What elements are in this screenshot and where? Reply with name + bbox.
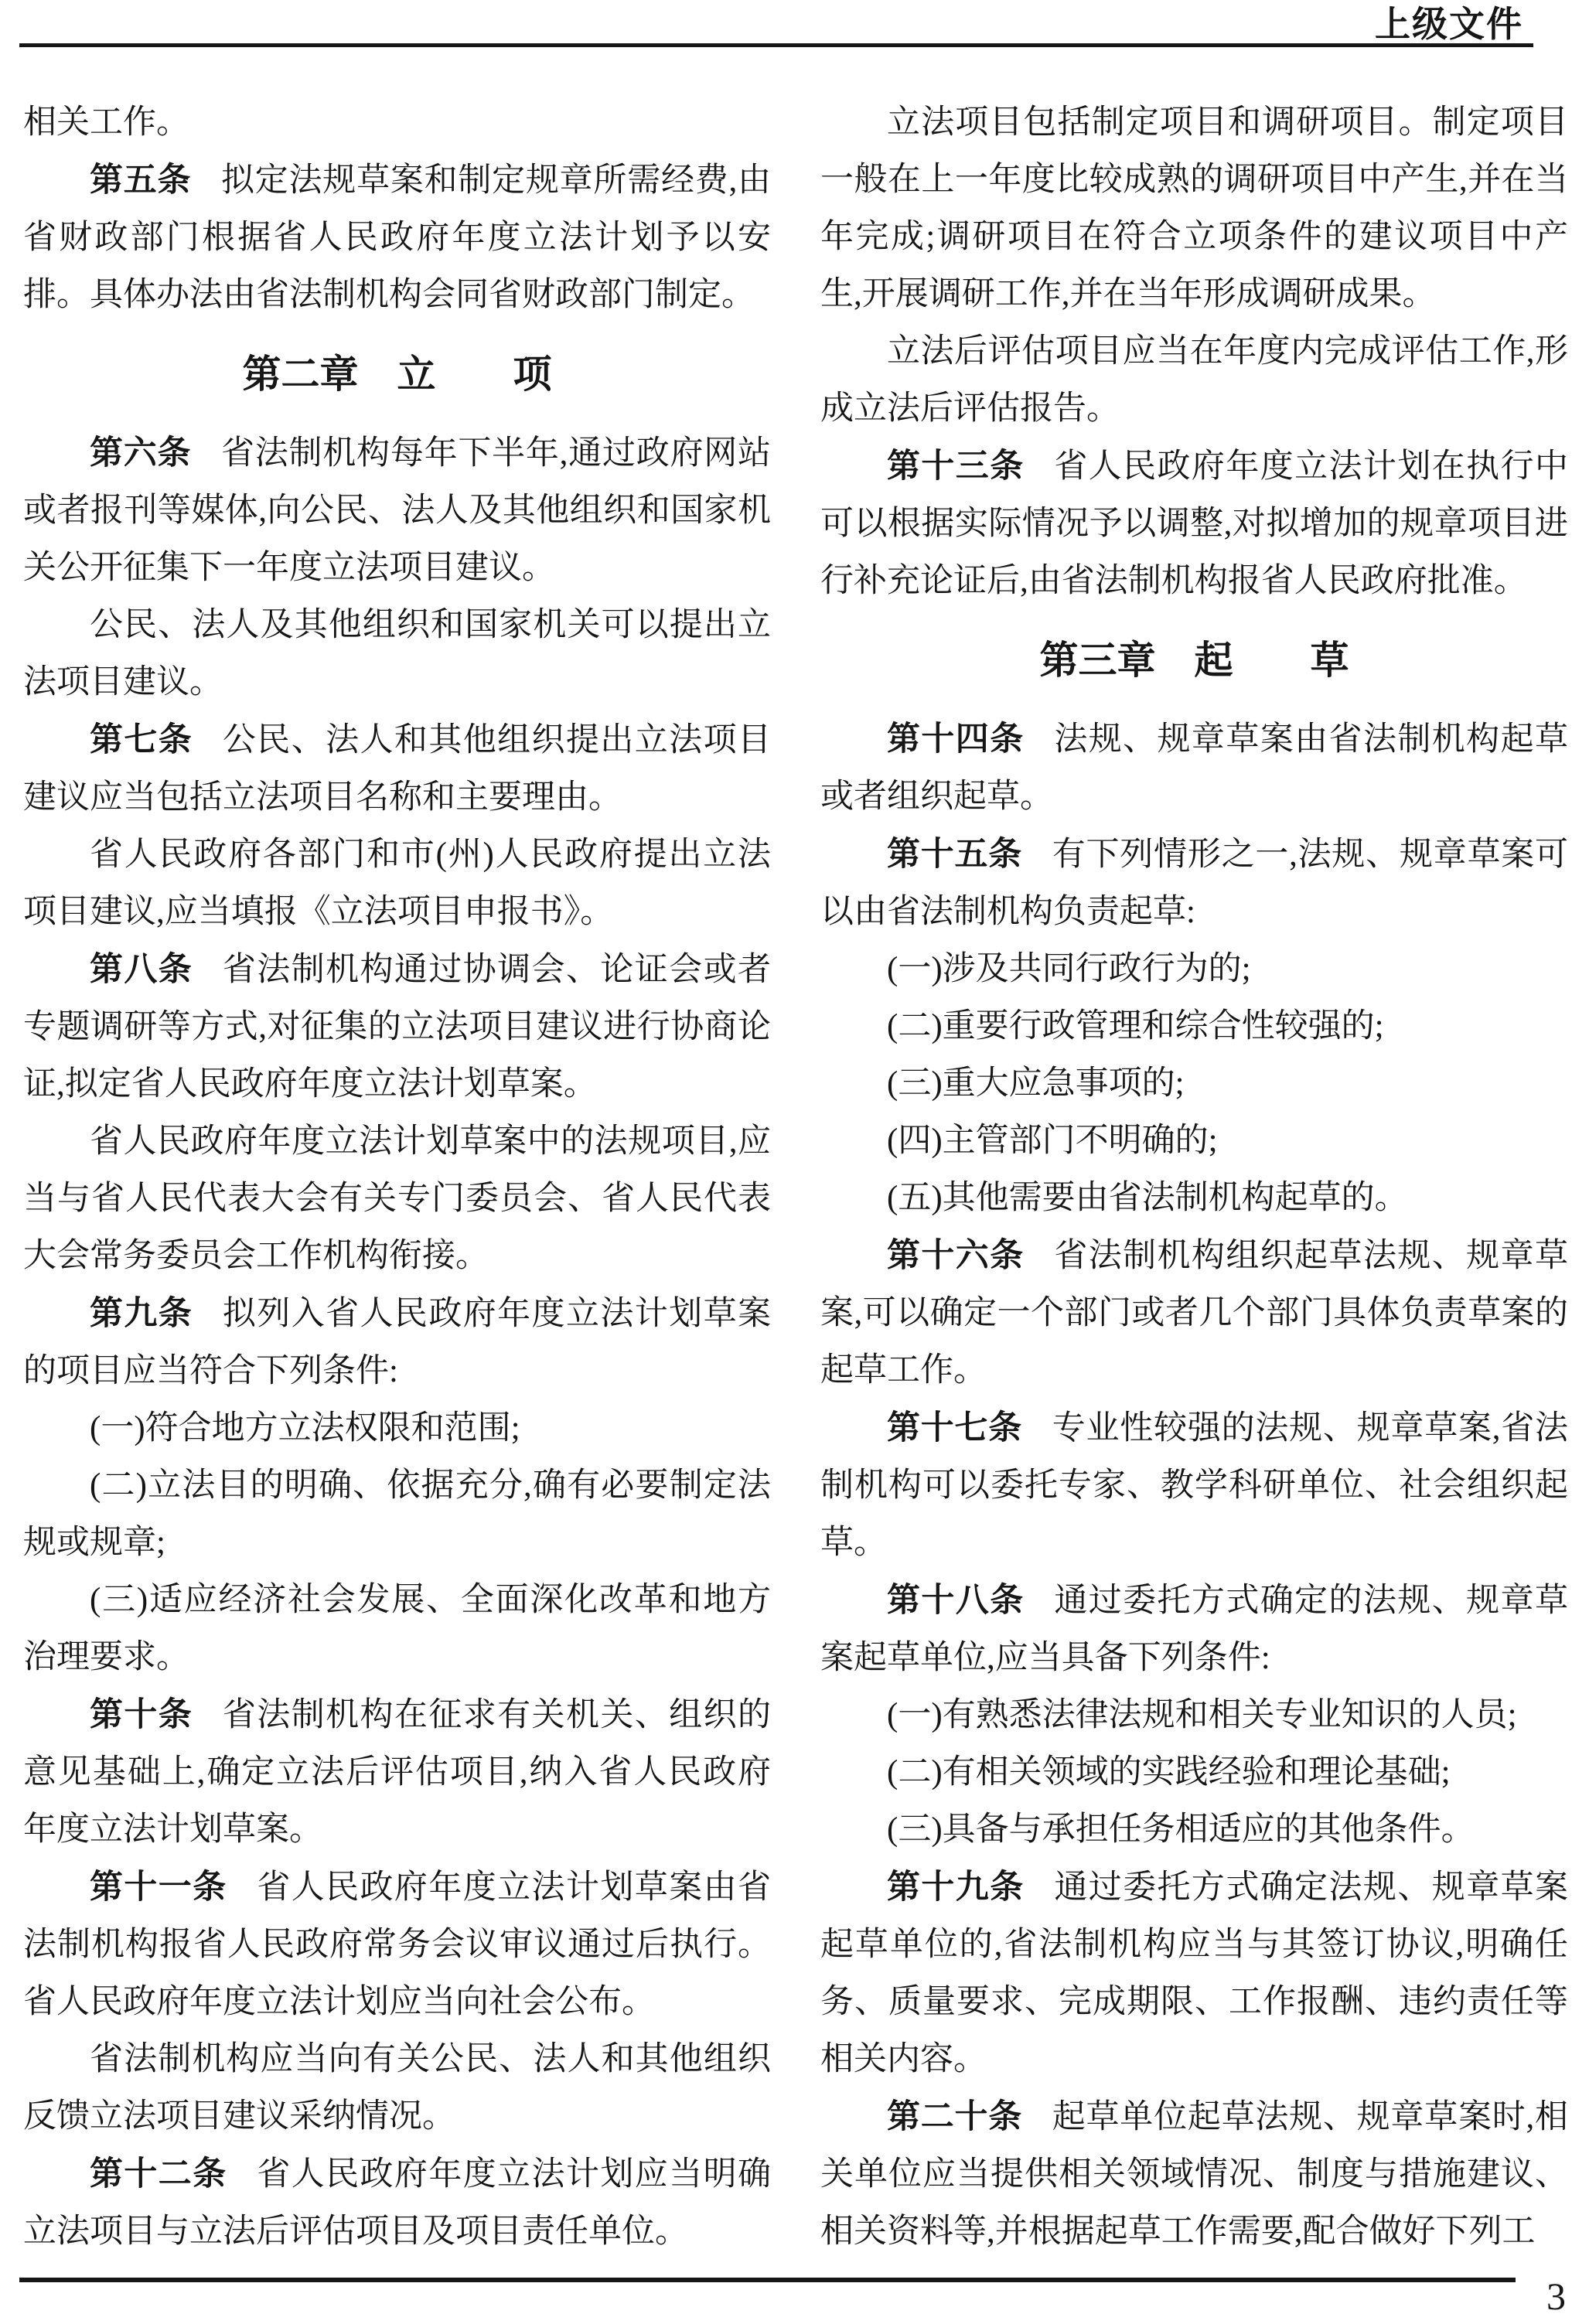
footer-rule	[19, 2278, 1516, 2282]
article-paragraph: 第十八条通过委托方式确定的法规、规章草案起草单位,应当具备下列条件:	[820, 1572, 1568, 1687]
article-paragraph: 第十一条省人民政府年度立法计划草案由省法制机构报省人民政府常务会议审议通过后执行…	[23, 1859, 771, 2031]
article-number: 第十九条	[887, 1869, 1025, 1906]
paragraph: (二)立法目的明确、依据充分,确有必要制定法规或规章;	[23, 1457, 771, 1572]
article-number: 第二十条	[887, 2098, 1022, 2135]
paragraph: 立法项目包括制定项目和调研项目。制定项目一般在上一年度比较成熟的调研项目中产生,…	[820, 94, 1568, 323]
article-paragraph: 第二十条起草单位起草法规、规章草案时,相关单位应当提供相关领域情况、制度与措施建…	[820, 2088, 1568, 2261]
paragraph: (五)其他需要由省法制机构起草的。	[820, 1170, 1568, 1227]
paragraph: 省人民政府年度立法计划草案中的法规项目,应当与省人民代表大会有关专门委员会、省人…	[23, 1113, 771, 1285]
article-number: 第九条	[90, 1295, 193, 1332]
chapter-heading: 第三章 起 草	[820, 632, 1568, 689]
paragraph: 立法后评估项目应当在年度内完成评估工作,形成立法后评估报告。	[820, 323, 1568, 438]
paragraph: (一)有熟悉法律法规和相关专业知识的人员;	[820, 1687, 1568, 1744]
article-paragraph: 第六条省法制机构每年下半年,通过政府网站或者报刊等媒体,向公民、法人及其他组织和…	[23, 424, 771, 597]
article-number: 第八条	[90, 951, 193, 988]
paragraph: (三)适应经济社会发展、全面深化改革和地方治理要求。	[23, 1572, 771, 1686]
chapter-heading: 第二章 立 项	[23, 346, 771, 403]
article-number: 第十二条	[90, 2155, 227, 2193]
article-number: 第七条	[90, 721, 193, 758]
paragraph: 省人民政府各部门和市(州)人民政府提出立法项目建议,应当填报《立法项目申报书》。	[23, 826, 771, 941]
header-title: 上级文件	[1375, 5, 1523, 43]
article-paragraph: 第十七条专业性较强的法规、规章草案,省法制机构可以委托专家、教学科研单位、社会组…	[820, 1399, 1568, 1572]
article-paragraph: 第九条拟列入省人民政府年度立法计划草案的项目应当符合下列条件:	[23, 1285, 771, 1400]
article-paragraph: 第十五条有下列情形之一,法规、规章草案可以由省法制机构负责起草:	[820, 826, 1568, 941]
article-paragraph: 第十二条省人民政府年度立法计划应当明确立法项目与立法后评估项目及项目责任单位。	[23, 2145, 771, 2261]
page-number: 3	[1546, 2275, 1566, 2318]
paragraph: (二)重要行政管理和综合性较强的;	[820, 998, 1568, 1055]
text-columns: 相关工作。第五条拟定法规草案和制定规章所需经费,由省财政部门根据省人民政府年度立…	[23, 94, 1568, 2261]
paragraph: (四)主管部门不明确的;	[820, 1113, 1568, 1170]
article-number: 第十六条	[887, 1237, 1025, 1274]
paragraph: (三)具备与承担任务相适应的其他条件。	[820, 1801, 1568, 1859]
column-right: 立法项目包括制定项目和调研项目。制定项目一般在上一年度比较成熟的调研项目中产生,…	[820, 94, 1568, 2261]
paragraph: 省法制机构应当向有关公民、法人和其他组织反馈立法项目建议采纳情况。	[23, 2031, 771, 2145]
article-number: 第十七条	[887, 1409, 1022, 1447]
paragraph: (三)重大应急事项的;	[820, 1055, 1568, 1113]
article-number: 第五条	[90, 162, 191, 199]
header-rule	[19, 43, 1533, 47]
paragraph: 公民、法人及其他组织和国家机关可以提出立法项目建议。	[23, 597, 771, 711]
article-paragraph: 第十九条通过委托方式确定法规、规章草案起草单位的,省法制机构应当与其签订协议,明…	[820, 1859, 1568, 2088]
article-number: 第十条	[90, 1696, 193, 1733]
article-paragraph: 第十条省法制机构在征求有关机关、组织的意见基础上,确定立法后评估项目,纳入省人民…	[23, 1686, 771, 1859]
article-paragraph: 第十三条省人民政府年度立法计划在执行中可以根据实际情况予以调整,对拟增加的规章项…	[820, 438, 1568, 610]
document-page: 上级文件 相关工作。第五条拟定法规草案和制定规章所需经费,由省财政部门根据省人民…	[0, 0, 1589, 2324]
article-number: 第十八条	[887, 1582, 1025, 1619]
paragraph: (二)有相关领域的实践经验和理论基础;	[820, 1744, 1568, 1801]
article-paragraph: 第五条拟定法规草案和制定规章所需经费,由省财政部门根据省人民政府年度立法计划予以…	[23, 152, 771, 324]
article-paragraph: 第十四条法规、规章草案由省法制机构起草或者组织起草。	[820, 710, 1568, 826]
article-paragraph: 第八条省法制机构通过协调会、论证会或者专题调研等方式,对征集的立法项目建议进行协…	[23, 941, 771, 1113]
paragraph: (一)涉及共同行政行为的;	[820, 941, 1568, 998]
article-number: 第十一条	[90, 1869, 227, 1906]
article-paragraph: 第七条公民、法人和其他组织提出立法项目建议应当包括立法项目名称和主要理由。	[23, 711, 771, 826]
paragraph: 相关工作。	[23, 94, 771, 152]
article-number: 第六条	[90, 434, 191, 472]
paragraph: (一)符合地方立法权限和范围;	[23, 1400, 771, 1457]
article-number: 第十五条	[887, 836, 1022, 873]
article-number: 第十四条	[887, 721, 1025, 758]
column-left: 相关工作。第五条拟定法规草案和制定规章所需经费,由省财政部门根据省人民政府年度立…	[23, 94, 771, 2261]
article-number: 第十三条	[887, 448, 1025, 485]
article-paragraph: 第十六条省法制机构组织起草法规、规章草案,可以确定一个部门或者几个部门具体负责草…	[820, 1227, 1568, 1399]
